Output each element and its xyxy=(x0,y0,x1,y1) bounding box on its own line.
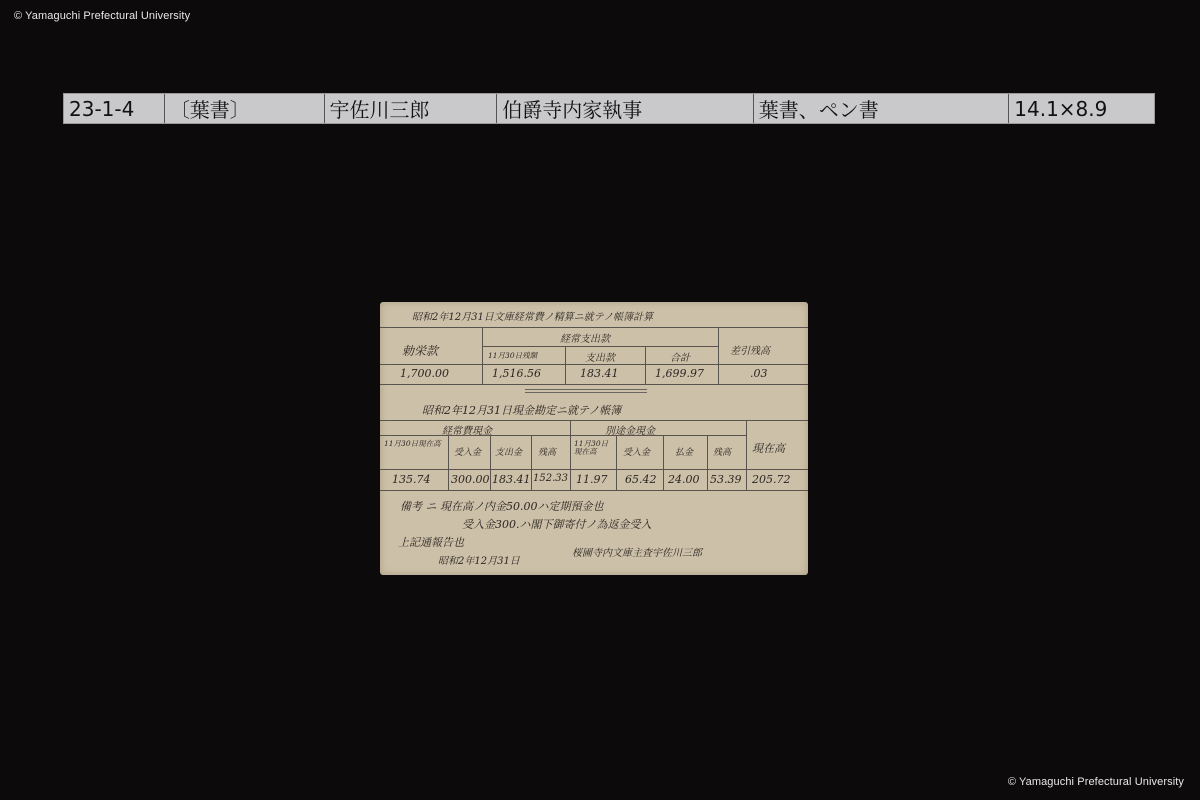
rule xyxy=(482,327,483,384)
rule xyxy=(380,435,746,436)
header-col: 残高 xyxy=(538,445,556,458)
header-regular-cash: 経常費現金 xyxy=(442,422,492,437)
card-title: 昭和2年12月31日文庫経常費ノ精算ニ就テノ帳簿計算 xyxy=(412,308,653,323)
author: 宇佐川三郎 xyxy=(325,94,498,123)
catalog-label-bar: 23-1-4 〔葉書〕 宇佐川三郎 伯爵寺内家執事 葉書、ペン書 14.1×8.… xyxy=(63,93,1155,124)
value-current-holdings: 205.72 xyxy=(752,473,791,486)
header-prev-balance: 11月30日残額 xyxy=(488,352,537,360)
header-col: 受入金 xyxy=(623,445,650,458)
header-col: 11月30日現在高 xyxy=(574,440,614,456)
note-date: 昭和2年12月31日 xyxy=(438,552,520,567)
value-cell: 24.00 xyxy=(668,473,700,486)
header-current-holdings: 現在高 xyxy=(752,440,785,456)
rule xyxy=(531,435,532,490)
value-expense-amount: 183.41 xyxy=(580,367,619,380)
section2-title: 昭和2年12月31日現金勘定ニ就テノ帳簿 xyxy=(422,402,621,418)
header-expense-amount: 支出款 xyxy=(585,349,615,364)
header-receipts: 勅栄款 xyxy=(402,342,438,359)
rule xyxy=(380,469,808,470)
catalog-number: 23-1-4 xyxy=(64,94,165,123)
rule xyxy=(746,420,747,490)
recipient: 伯爵寺内家執事 xyxy=(497,94,754,123)
value-prev-balance: 1,516.56 xyxy=(492,367,541,380)
value-cell: 183.41 xyxy=(492,473,531,486)
document-type: 〔葉書〕 xyxy=(165,94,325,123)
rule xyxy=(380,327,808,328)
header-col: 11月30日現在高 xyxy=(384,440,444,448)
note-line: 備考 ニ 現在高ノ内金50.00ハ定期預金也 xyxy=(400,498,603,514)
double-rule xyxy=(525,392,647,393)
header-separate-cash: 別途金現金 xyxy=(605,422,655,437)
note-line: 受入金300.ハ閣下御寄付ノ為返金受入 xyxy=(462,516,652,532)
header-col: 払金 xyxy=(675,445,693,458)
copyright-watermark-bottom: © Yamaguchi Prefectural University xyxy=(1008,776,1184,788)
value-cell: 65.42 xyxy=(625,473,657,486)
value-cell: 53.39 xyxy=(710,473,742,486)
value-cell: 300.00 xyxy=(451,473,490,486)
value-total: 1,699.97 xyxy=(655,367,704,380)
header-col: 支出金 xyxy=(495,445,522,458)
rule xyxy=(565,346,566,384)
postcard-document: 昭和2年12月31日文庫経常費ノ精算ニ就テノ帳簿計算 勅栄款 経常支出款 11月… xyxy=(380,302,808,575)
rule xyxy=(616,435,617,490)
header-col: 残高 xyxy=(713,445,731,458)
value-cell: 135.74 xyxy=(392,473,431,486)
header-col: 受入金 xyxy=(454,445,481,458)
note-line: 上記通報告也 xyxy=(398,534,464,550)
rule xyxy=(718,327,719,384)
rule xyxy=(490,435,491,490)
rule xyxy=(663,435,664,490)
rule xyxy=(482,346,718,347)
note-signature: 桜圃寺内文庫主査宇佐川三郎 xyxy=(572,544,702,559)
dimensions: 14.1×8.9 xyxy=(1009,94,1154,123)
rule xyxy=(380,490,808,491)
rule xyxy=(380,420,808,421)
value-difference: .03 xyxy=(750,367,768,380)
rule xyxy=(448,435,449,490)
rule xyxy=(707,435,708,490)
rule xyxy=(570,420,571,490)
copyright-watermark-top: © Yamaguchi Prefectural University xyxy=(14,10,190,22)
header-total: 合計 xyxy=(670,349,690,364)
value-receipts: 1,700.00 xyxy=(400,367,449,380)
rule xyxy=(380,384,808,385)
value-cell: 11.97 xyxy=(576,473,608,486)
format: 葉書、ペン書 xyxy=(754,94,1010,123)
rule xyxy=(380,364,808,365)
double-rule xyxy=(525,389,647,390)
header-difference: 差引残高 xyxy=(730,342,770,357)
rule xyxy=(645,346,646,384)
value-cell: 152.33 xyxy=(533,473,568,484)
header-expenses-group: 経常支出款 xyxy=(560,330,610,345)
